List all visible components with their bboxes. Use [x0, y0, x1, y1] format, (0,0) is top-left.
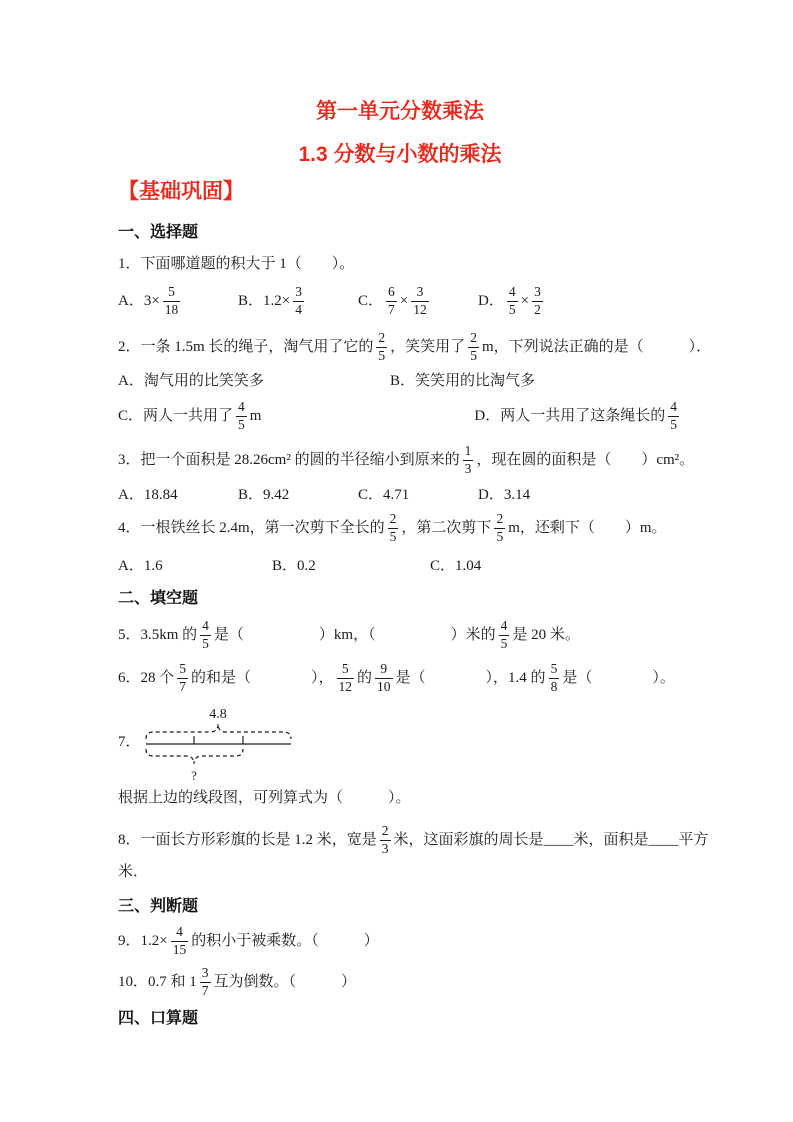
fraction-4-5: 45 — [507, 285, 518, 317]
q4-stem: 4．一根铁丝长 2.4m，第一次剪下全长的 25 ，第二次剪下 25 m，还剩下… — [118, 508, 682, 548]
q10-stem: 10．0.7 和 1 37 互为倒数。（ ） — [118, 963, 682, 1001]
fraction-5-18: 518 — [163, 285, 181, 317]
fraction-4-5: 45 — [236, 400, 247, 432]
q1-option-d: D． 45 × 32 — [478, 285, 546, 317]
heading-fill-blank: 二、填空题 — [118, 588, 682, 609]
q3-text-1: 3．把一个面积是 28.26cm² 的圆的半径缩小到原来的 — [118, 450, 460, 471]
q5-text-2: 是（ ）km，（ ）米的 — [214, 625, 496, 646]
q9-stem: 9．1.2× 415 的积小于被乘数。（ ） — [118, 922, 682, 960]
basics-banner: 【基础巩固】 — [118, 178, 682, 205]
q2-option-b: B．笑笑用的比淘气多 — [390, 371, 535, 392]
q5-stem: 5．3.5km 的 45 是（ ）km，（ ）米的 45 是 20 米。 — [118, 615, 682, 655]
fraction-2-5: 25 — [494, 512, 505, 544]
fraction-2-5: 25 — [388, 512, 399, 544]
q1-a-text: A．3× — [118, 291, 160, 312]
q3-option-d: D．3.14 — [478, 485, 530, 506]
q2-text-2: ，笑笑用了 — [390, 337, 465, 358]
q8-text-1: 8．一面长方形彩旗的长是 1.2 米，宽是 — [118, 830, 377, 851]
line-segment-diagram: 4.8 ? — [144, 704, 319, 784]
q7-number: 7． — [118, 704, 141, 784]
q1-d-text: D． — [478, 291, 504, 312]
multiply-sign: × — [521, 291, 529, 312]
worksheet-page: 第一单元分数乘法 1.3 分数与小数的乘法 【基础巩固】 一、选择题 1．下面哪… — [0, 0, 793, 1122]
q8-stem-line2: 米． — [118, 862, 682, 883]
q3-text-2: ，现在圆的面积是（ ）cm²。 — [476, 450, 694, 471]
q1-option-c: C． 67 × 312 — [358, 285, 478, 317]
q1-b-text: B．1.2× — [238, 291, 290, 312]
q4-option-c: C．1.04 — [430, 556, 481, 577]
lesson-title: 1.3 分数与小数的乘法 — [118, 141, 682, 169]
q1-option-b: B．1.2× 34 — [238, 285, 358, 317]
q6-text-3: 的 — [357, 668, 372, 689]
multiply-sign: × — [400, 291, 408, 312]
fraction-4-5: 45 — [668, 400, 679, 432]
q9-text-1: 9．1.2× — [118, 931, 168, 952]
bottom-brace — [146, 749, 243, 764]
fraction-5-7: 57 — [177, 662, 188, 694]
q6-text-1: 6．28 个 — [118, 668, 174, 689]
fraction-2-5: 25 — [376, 331, 387, 363]
diagram-total-label: 4.8 — [209, 707, 227, 722]
q2-options-cd: C．两人一共用了 45 m D．两人一共用了这条绳长的 45 — [118, 396, 682, 436]
fraction-6-7: 67 — [386, 285, 397, 317]
fraction-3-12: 312 — [411, 285, 429, 317]
fraction-3-7: 37 — [200, 966, 211, 998]
q1-c-text: C． — [358, 291, 383, 312]
worksheet-content: 第一单元分数乘法 1.3 分数与小数的乘法 【基础巩固】 一、选择题 1．下面哪… — [118, 0, 682, 1029]
fraction-2-5: 25 — [468, 331, 479, 363]
q3-option-c: C．4.71 — [358, 485, 478, 506]
q2-options-ab: A．淘气用的比笑笑多 B．笑笑用的比淘气多 — [118, 371, 682, 392]
heading-oral-calc: 四、口算题 — [118, 1008, 682, 1029]
q8-stem-line1: 8．一面长方形彩旗的长是 1.2 米，宽是 23 米，这面彩旗的周长是____米… — [118, 820, 682, 860]
fraction-4-15: 415 — [171, 925, 189, 957]
q1-text: 1．下面哪道题的积大于 1（ ）。 — [118, 254, 354, 275]
q4-option-b: B．0.2 — [272, 556, 430, 577]
q1-stem: 1．下面哪道题的积大于 1（ ）。 — [118, 254, 682, 275]
q3-options: A．18.84 B．9.42 C．4.71 D．3.14 — [118, 485, 682, 506]
top-brace — [146, 724, 291, 739]
q2-stem: 2．一条 1.5m 长的绳子，淘气用了它的 25 ，笑笑用了 25 m，下列说法… — [118, 327, 682, 367]
q7-caption: 根据上边的线段图，可列算式为（ ）。 — [118, 788, 682, 809]
q3-option-a: A．18.84 — [118, 485, 238, 506]
q2-d-text: D．两人一共用了这条绳长的 — [474, 406, 665, 427]
fraction-1-3: 13 — [463, 444, 474, 476]
q4-text-3: m，还剩下（ ）m。 — [508, 518, 666, 539]
q10-text-2: 互为倒数。（ ） — [214, 972, 357, 993]
q2-c-text: C．两人一共用了 — [118, 406, 233, 427]
fraction-9-10: 910 — [375, 662, 393, 694]
q10-text-1: 10．0.7 和 1 — [118, 972, 197, 993]
q2-option-c: C．两人一共用了 45 m — [118, 400, 474, 432]
q5-text-3: 是 20 米。 — [512, 625, 580, 646]
q4-text-2: ，第二次剪下 — [401, 518, 491, 539]
q1-option-a: A．3× 518 — [118, 285, 238, 317]
fraction-5-12: 512 — [337, 662, 355, 694]
q8-text-2: 米，这面彩旗的周长是____米，面积是____平方 — [394, 830, 709, 851]
unit-title: 第一单元分数乘法 — [118, 98, 682, 126]
q5-text-1: 5．3.5km 的 — [118, 625, 197, 646]
q1-options: A．3× 518 B．1.2× 34 C． 67 × 312 D． 45 × 3… — [118, 281, 682, 321]
q7-caption-text: 根据上边的线段图，可列算式为（ ）。 — [118, 788, 411, 809]
fraction-5-8: 58 — [549, 662, 560, 694]
q2-option-d: D．两人一共用了这条绳长的 45 — [474, 400, 682, 432]
q2-c-unit: m — [250, 406, 262, 427]
heading-multiple-choice: 一、选择题 — [118, 222, 682, 243]
q6-text-5: 是（ ）。 — [562, 668, 675, 689]
heading-true-false: 三、判断题 — [118, 896, 682, 917]
fraction-4-5: 45 — [200, 619, 211, 651]
fraction-3-2: 32 — [532, 285, 543, 317]
q3-stem: 3．把一个面积是 28.26cm² 的圆的半径缩小到原来的 13 ，现在圆的面积… — [118, 440, 682, 480]
q2-option-a: A．淘气用的比笑笑多 — [118, 371, 390, 392]
q8-text-3: 米． — [118, 862, 148, 883]
q2-text-3: m，下列说法正确的是（ ）． — [482, 337, 711, 358]
q2-text-1: 2．一条 1.5m 长的绳子，淘气用了它的 — [118, 337, 373, 358]
diagram-part-label: ? — [191, 768, 197, 783]
fraction-3-4: 34 — [293, 285, 304, 317]
q4-option-a: A．1.6 — [118, 556, 272, 577]
q6-stem: 6．28 个 57 的和是（ ）， 512 的 910 是（ ），1.4 的 5… — [118, 658, 682, 698]
q4-options: A．1.6 B．0.2 C．1.04 — [118, 556, 682, 577]
q4-text-1: 4．一根铁丝长 2.4m，第一次剪下全长的 — [118, 518, 385, 539]
fraction-2-3: 23 — [380, 824, 391, 856]
q3-option-b: B．9.42 — [238, 485, 358, 506]
q9-text-2: 的积小于被乘数。（ ） — [191, 931, 379, 952]
q7-diagram-row: 7． 4.8 ? — [118, 704, 682, 784]
fraction-4-5: 45 — [499, 619, 510, 651]
q6-text-2: 的和是（ ）， — [191, 668, 334, 689]
q6-text-4: 是（ ），1.4 的 — [396, 668, 546, 689]
